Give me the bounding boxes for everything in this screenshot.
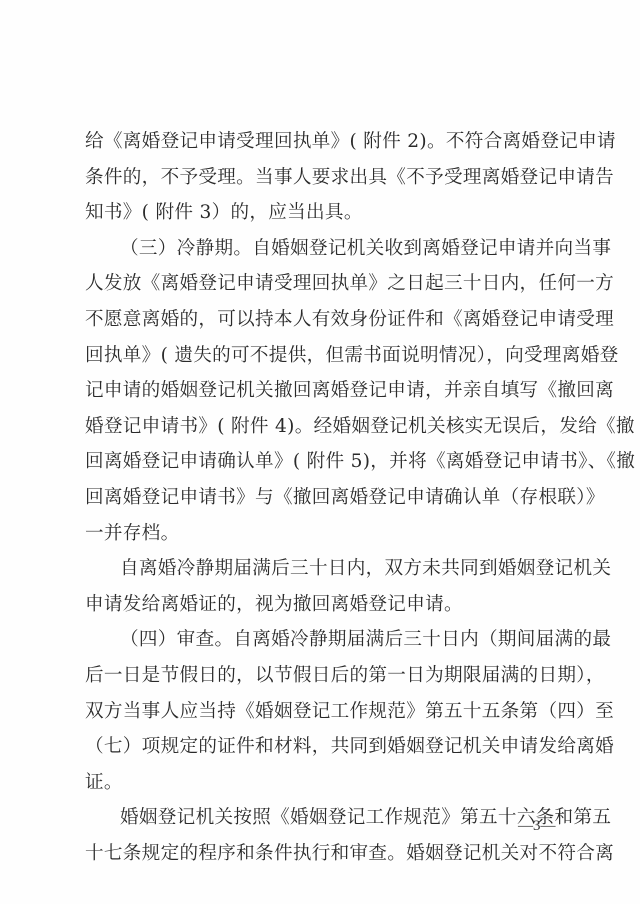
text-line: 双方当事人应当持《婚姻登记工作规范》第五十五条第（四）至	[85, 700, 547, 724]
text-line: 一并存档。	[85, 522, 547, 546]
text-line: 自离婚冷静期届满后三十日内，双方未共同到婚姻登记机关	[120, 557, 547, 581]
text-line: 回离婚登记申请确认单》( 附件 5)，并将《离婚登记申请书》、《撤	[85, 450, 547, 474]
text-line: 给《离婚登记申请受理回执单》( 附件 2)。不符合离婚登记申请	[85, 130, 547, 154]
text-line: 条件的，不予受理。当事人要求出具《不予受理离婚登记申请告	[85, 166, 547, 190]
text-line: 十七条规定的程序和条件执行和审查。婚姻登记机关对不符合离	[85, 842, 547, 866]
document-page: 给《离婚登记申请受理回执单》( 附件 2)。不符合离婚登记申请条件的，不予受理。…	[0, 0, 640, 904]
text-line: 知书》( 附件 3）的，应当出具。	[85, 201, 547, 225]
text-line: （四）审查。自离婚冷静期届满后三十日内（期间届满的最	[120, 628, 547, 652]
text-line: 后一日是节假日的，以节假日后的第一日为期限届满的日期），	[85, 664, 547, 688]
text-line: 记申请的婚姻登记机关撤回离婚登记申请，并亲自填写《撤回离	[85, 379, 547, 403]
text-line: 申请发给离婚证的，视为撤回离婚登记申请。	[85, 593, 547, 617]
text-line: 不愿意离婚的，可以持本人有效身份证件和《离婚登记申请受理	[85, 308, 547, 332]
text-line: 证。	[85, 771, 547, 795]
text-line: （七）项规定的证件和材料，共同到婚姻登记机关申请发给离婚	[85, 735, 547, 759]
text-line: （三）冷静期。自婚姻登记机关收到离婚登记申请并向当事	[120, 237, 547, 261]
text-line: 婚登记申请书》( 附件 4)。经婚姻登记机关核实无误后，发给《撤	[85, 415, 547, 439]
text-line: 人发放《离婚登记申请受理回执单》之日起三十日内，任何一方	[85, 272, 547, 296]
text-line: 婚姻登记机关按照《婚姻登记工作规范》第五十六条和第五	[120, 806, 547, 830]
text-line: 回离婚登记申请书》与《撤回离婚登记申请确认单（存根联）》	[85, 486, 547, 510]
page-number: —3—	[518, 818, 556, 835]
text-line: 回执单》( 遗失的可不提供，但需书面说明情况），向受理离婚登	[85, 344, 547, 368]
